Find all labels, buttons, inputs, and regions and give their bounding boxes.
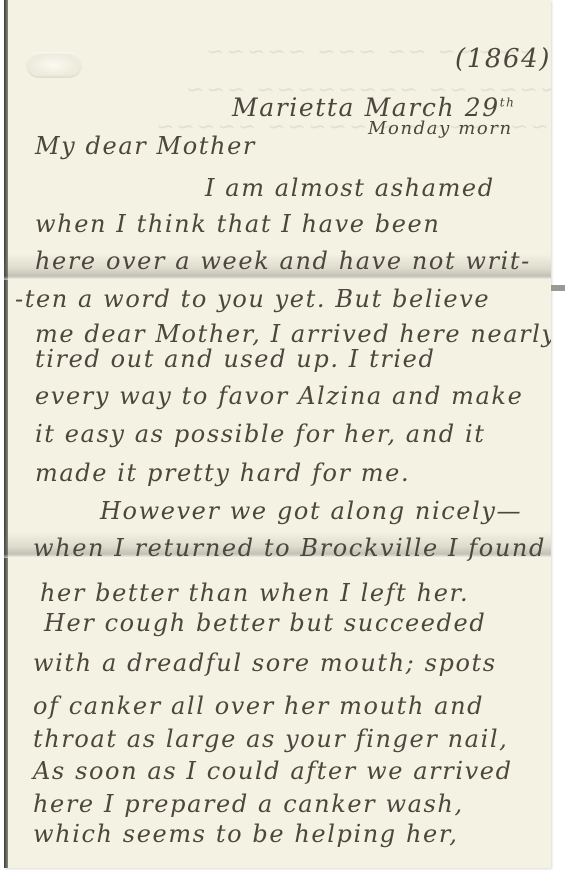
letter-line: her better than when I left her. xyxy=(40,581,469,605)
letter-line: However we got along nicely— xyxy=(100,499,522,523)
letter-line: tired out and used up. I tried xyxy=(35,347,435,371)
embossed-stationery-mark xyxy=(26,52,82,78)
letter-line: here over a week and have not writ- xyxy=(35,249,531,273)
letter-line: me dear Mother, I arrived here nearly xyxy=(35,322,551,346)
letter-line: which seems to be helping her, xyxy=(33,822,459,846)
fold-edge-marker xyxy=(551,285,565,291)
letter-place-date: Marietta March 29th xyxy=(232,95,515,120)
letter-line: -ten a word to you yet. But believe xyxy=(15,287,490,311)
letter-line: Her cough better but succeeded xyxy=(44,611,486,635)
date-suffix: th xyxy=(500,96,516,110)
letter-line: I am almost ashamed xyxy=(205,176,495,200)
letter-line: with a dreadful sore mouth; spots xyxy=(33,651,497,675)
letter-line: when I think that I have been xyxy=(35,212,440,236)
letter-line: of canker all over her mouth and xyxy=(33,694,484,718)
letter-line: As soon as I could after we arrived xyxy=(33,759,513,783)
letter-line: when I returned to Brockville I found xyxy=(33,536,546,560)
letter-salutation: My dear Mother xyxy=(35,134,256,158)
letter-line: made it pretty hard for me. xyxy=(35,461,410,485)
letter-day: Monday morn xyxy=(368,120,513,138)
letter-year: (1864) xyxy=(455,46,551,72)
letter-page: ~~~ ~ ~~~~~ ~~ ~~~ ~~~~~ ~~~~ ~~~~ ~~ ~~… xyxy=(4,0,551,868)
page-left-edge-shadow xyxy=(4,0,8,868)
letter-line: every way to favor Alzina and make xyxy=(35,384,523,408)
letter-line: throat as large as your finger nail, xyxy=(33,727,508,751)
letter-line: here I prepared a canker wash, xyxy=(33,792,464,816)
letter-line: it easy as possible for her, and it xyxy=(35,422,485,446)
